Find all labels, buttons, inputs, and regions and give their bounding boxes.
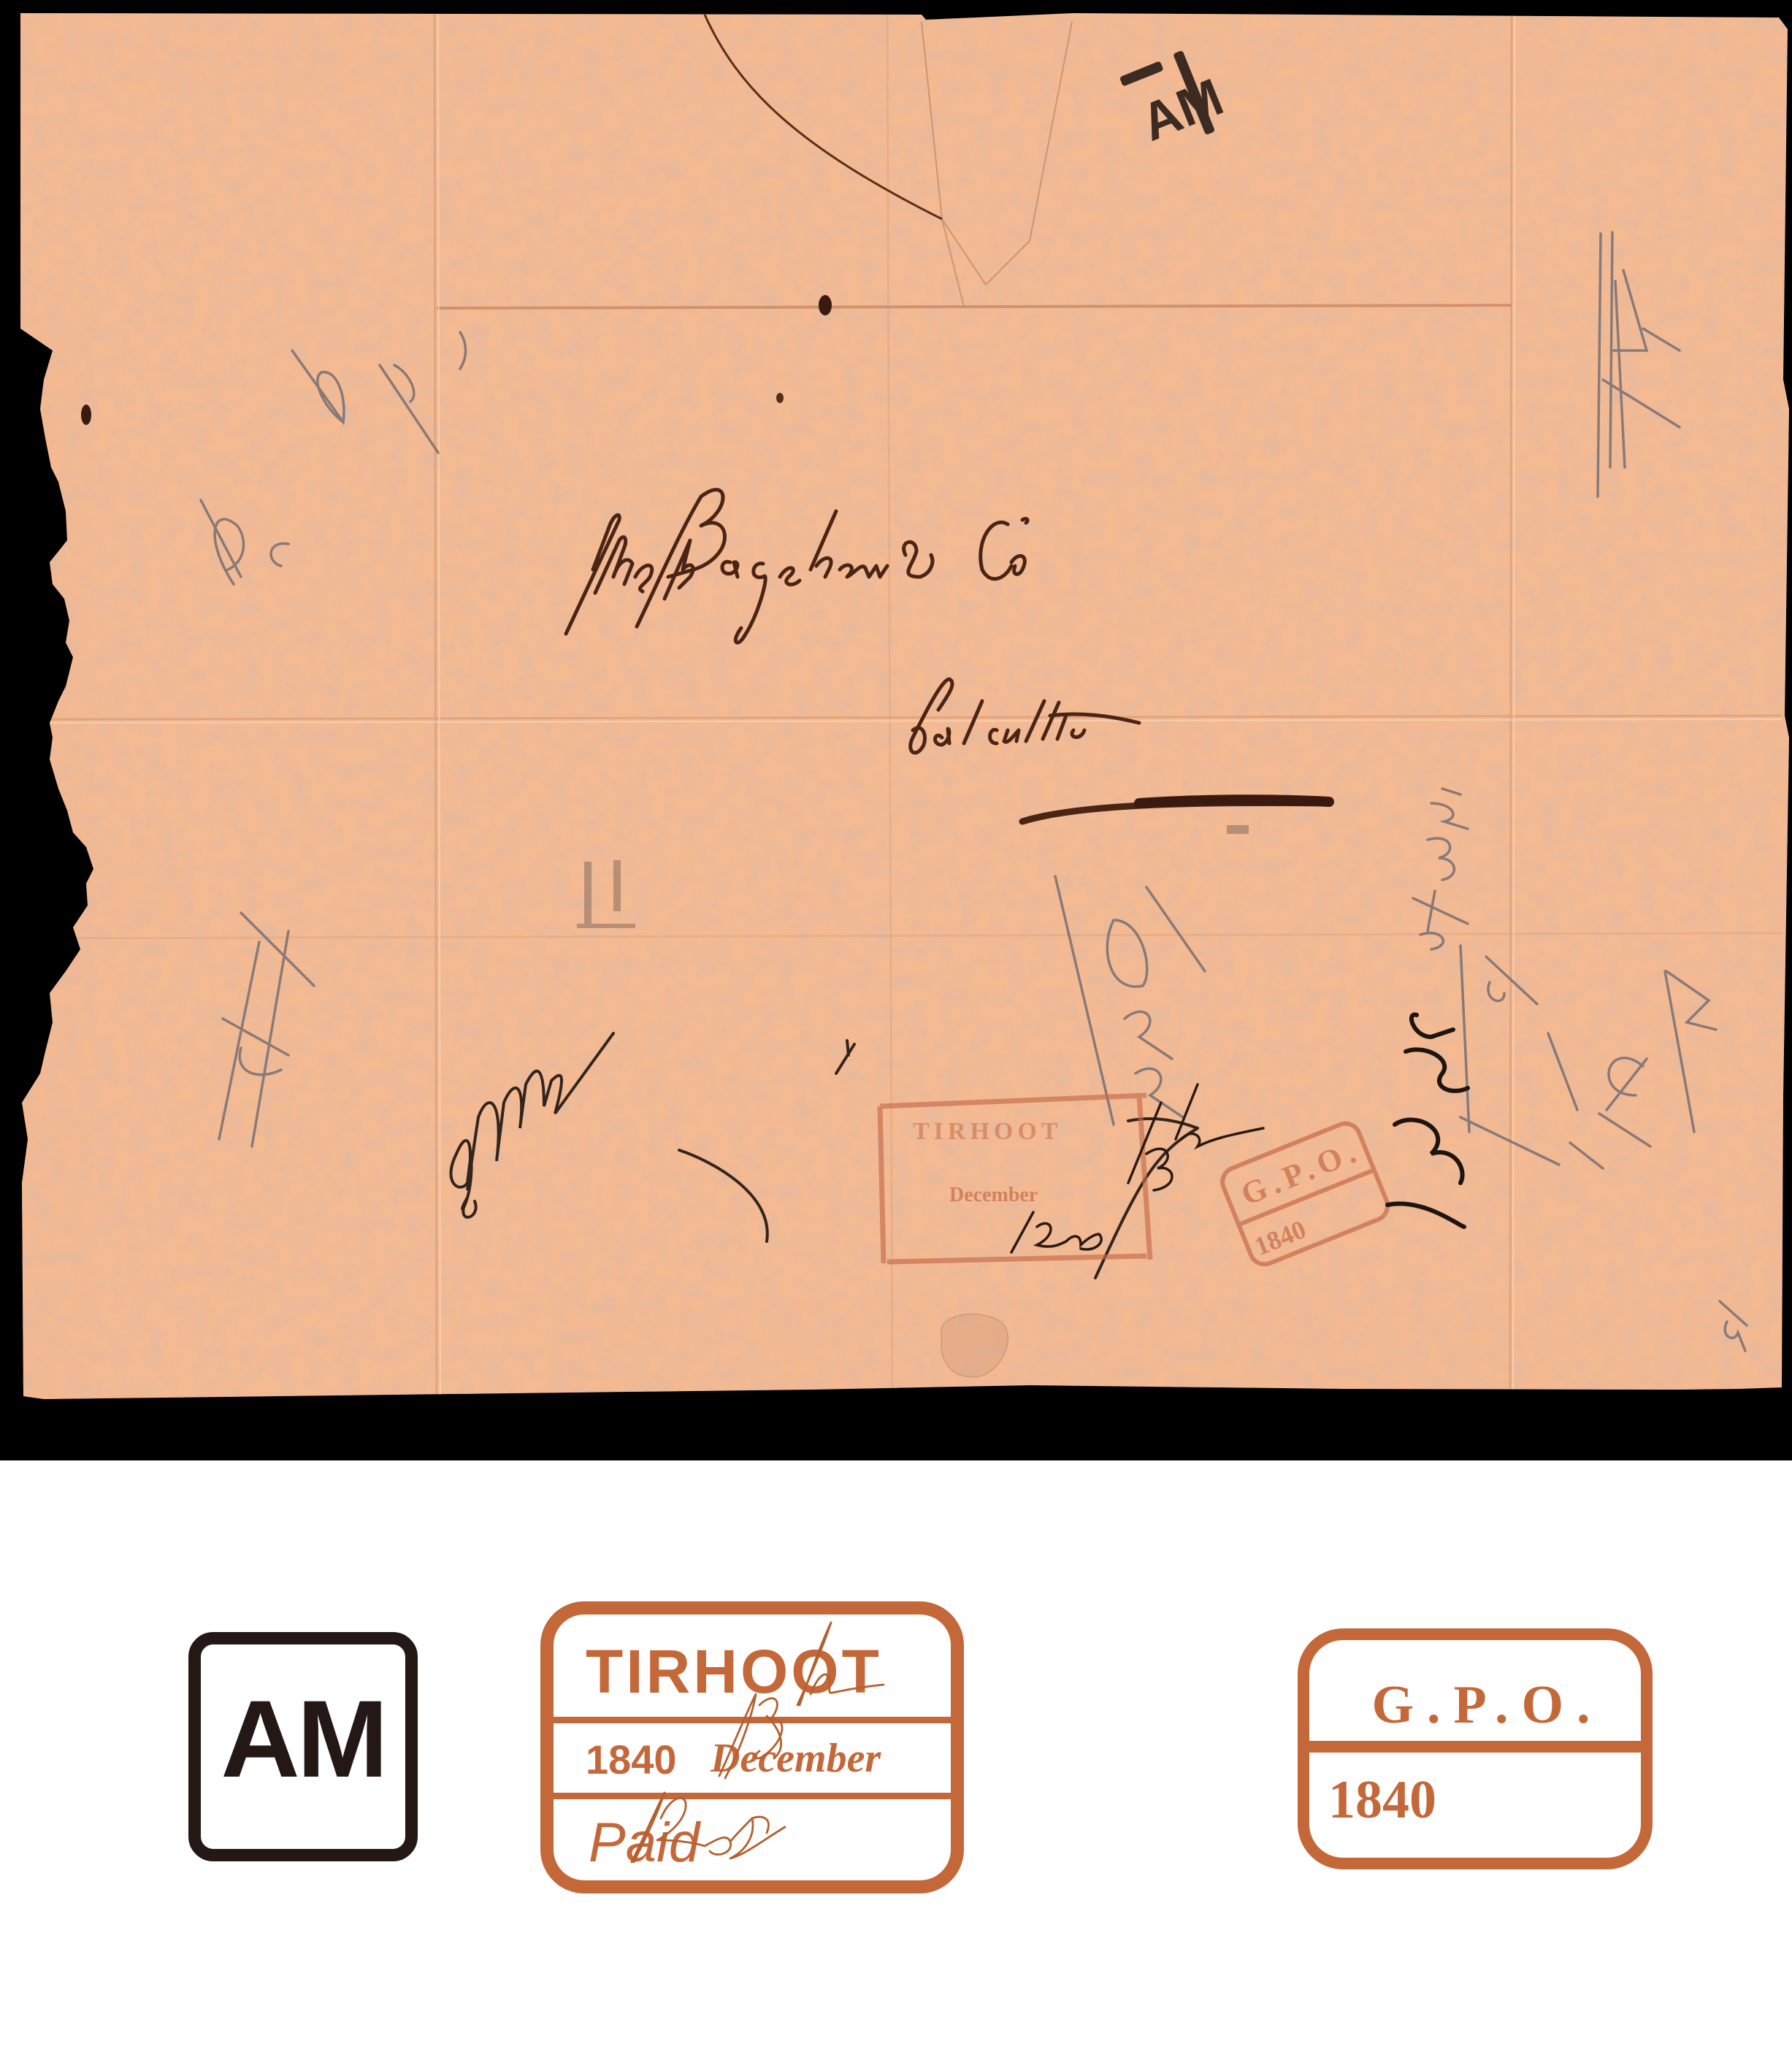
svg-text:TIRHOOT: TIRHOOT xyxy=(913,1118,1062,1145)
tirhoot-town: TIRHOOT xyxy=(586,1641,882,1702)
gpo-handstamp: G.P.O. 1840 xyxy=(1298,1628,1653,1869)
cover-image: AM xyxy=(0,0,1792,1460)
am-handstamp: AM xyxy=(188,1632,418,1861)
cover-scan: AM xyxy=(0,0,1792,1460)
gpo-year: 1840 xyxy=(1328,1773,1436,1827)
tirhoot-paid-label: Paid xyxy=(589,1815,700,1871)
tirhoot-month: December xyxy=(711,1738,881,1779)
tirhoot-year: 1840 xyxy=(586,1739,677,1780)
tirhoot-town-row: TIRHOOT xyxy=(554,1615,951,1723)
am-stamp-text: AM xyxy=(221,1684,385,1793)
gpo-office-row: G.P.O. xyxy=(1309,1640,1641,1753)
gpo-office: G.P.O. xyxy=(1309,1678,1641,1732)
tirhoot-paid-row: Paid xyxy=(554,1799,951,1893)
tirhoot-date-row: 1840 December xyxy=(554,1723,951,1799)
tirhoot-handstamp: TIRHOOT 1840 December Paid xyxy=(540,1601,964,1893)
svg-text:December: December xyxy=(949,1184,1038,1206)
